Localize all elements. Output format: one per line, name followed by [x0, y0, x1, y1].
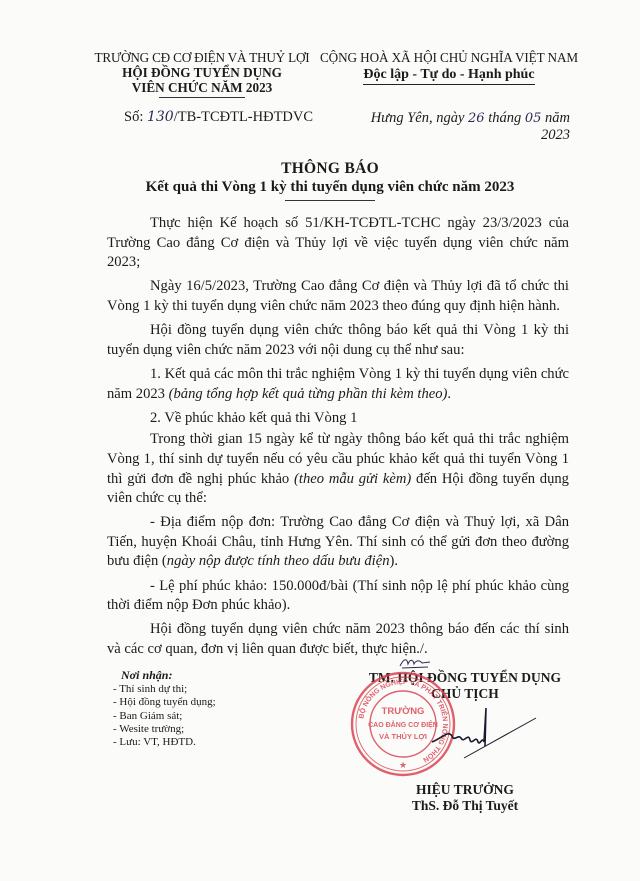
paragraph-announcement: Hội đồng tuyển dụng viên chức thông báo …	[107, 321, 569, 360]
issuing-agency-block: TRƯỜNG CĐ CƠ ĐIỆN VÀ THUỶ LỢI HỘI ĐỒNG T…	[92, 50, 312, 98]
paragraph-fee: - Lệ phí phúc khảo: 150.000đ/bài (Thí si…	[107, 577, 569, 616]
review-period-note: (theo mẫu gửi kèm)	[294, 471, 411, 487]
svg-text:VÀ THỦY LỢI: VÀ THỦY LỢI	[379, 732, 427, 741]
council-name-line1: HỘI ĐỒNG TUYỂN DỤNG	[92, 65, 312, 80]
paragraph-closing: Hội đồng tuyển dụng viên chức năm 2023 t…	[107, 620, 569, 659]
recipient-item: - Hội đồng tuyển dụng;	[113, 696, 216, 709]
recipients-block: Nơi nhận: - Thí sinh dự thi; - Hội đồng …	[113, 668, 216, 749]
agency-underline	[159, 97, 245, 98]
doc-number-handwritten: 130	[147, 109, 174, 125]
national-header-block: CỘNG HOÀ XÃ HỘI CHỦ NGHĨA VIỆT NAM Độc l…	[314, 50, 584, 83]
paragraph-item-2: 2. Về phúc khảo kết quả thi Vòng 1	[107, 409, 569, 429]
council-name-line2: VIÊN CHỨC NĂM 2023	[92, 80, 312, 95]
recipient-item: - Lưu: VT, HĐTD.	[113, 736, 216, 749]
nation-name: CỘNG HOÀ XÃ HỘI CHỦ NGHĨA VIỆT NAM	[314, 50, 584, 65]
doc-number-prefix: Số:	[124, 109, 147, 125]
date-month-label: tháng	[485, 110, 525, 126]
handwritten-signature-icon	[428, 700, 538, 760]
paragraph-item-1: 1. Kết quả các môn thi trắc nghiệm Vòng …	[107, 365, 569, 404]
svg-text:★: ★	[399, 760, 407, 770]
document-page: TRƯỜNG CĐ CƠ ĐIỆN VÀ THUỶ LỢI HỘI ĐỒNG T…	[0, 0, 640, 881]
document-body: Thực hiện Kế hoạch số 51/KH-TCĐTL-TCHC n…	[107, 214, 569, 664]
paragraph-exam-date: Ngày 16/5/2023, Trường Cao đẳng Cơ điện …	[107, 277, 569, 316]
recipients-label: Nơi nhận:	[121, 668, 216, 683]
item-1-end: .	[447, 386, 451, 402]
initial-mark-icon	[398, 656, 432, 670]
paragraph-plan: Thực hiện Kế hoạch số 51/KH-TCĐTL-TCHC n…	[107, 214, 569, 273]
signer-name: ThS. Đỗ Thị Tuyết	[340, 798, 590, 814]
organization-name: TRƯỜNG CĐ CƠ ĐIỆN VÀ THUỶ LỢI	[92, 50, 312, 65]
date-day: 26	[468, 111, 485, 126]
submission-place-end: ).	[390, 553, 399, 569]
recipient-item: - Ban Giám sát;	[113, 710, 216, 723]
document-title: THÔNG BÁO Kết quả thi Vòng 1 kỳ thi tuyể…	[60, 160, 600, 201]
paragraph-review-period: Trong thời gian 15 ngày kể từ ngày thông…	[107, 430, 569, 508]
date-place: Hưng Yên, ngày	[371, 110, 468, 126]
paragraph-submission-place: - Địa điểm nộp đơn: Trường Cao đẳng Cơ đ…	[107, 513, 569, 572]
title-subheading: Kết quả thi Vòng 1 kỳ thi tuyển dụng viê…	[60, 178, 600, 197]
doc-number-suffix: /TB-TCĐTL-HĐTDVC	[174, 109, 313, 125]
title-heading: THÔNG BÁO	[60, 160, 600, 178]
item-1-note: (bảng tổng hợp kết quả từng phần thi kèm…	[169, 386, 448, 402]
svg-text:TRƯỜNG: TRƯỜNG	[382, 705, 425, 717]
title-underline	[285, 200, 375, 201]
document-number: Số: 130/TB-TCĐTL-HĐTDVC	[124, 109, 313, 126]
recipient-item: - Wesite trường;	[113, 723, 216, 736]
submission-place-note: ngày nộp được tính theo dấu bưu điện	[167, 553, 390, 569]
national-motto: Độc lập - Tự do - Hạnh phúc	[363, 67, 534, 83]
signer-title: HIỆU TRƯỞNG	[340, 782, 590, 798]
date-line: Hưng Yên, ngày 26 tháng 05 năm 2023	[340, 110, 570, 144]
date-month: 05	[525, 111, 542, 126]
date-year: năm 2023	[541, 110, 570, 143]
recipient-item: - Thí sinh dự thi;	[113, 683, 216, 696]
